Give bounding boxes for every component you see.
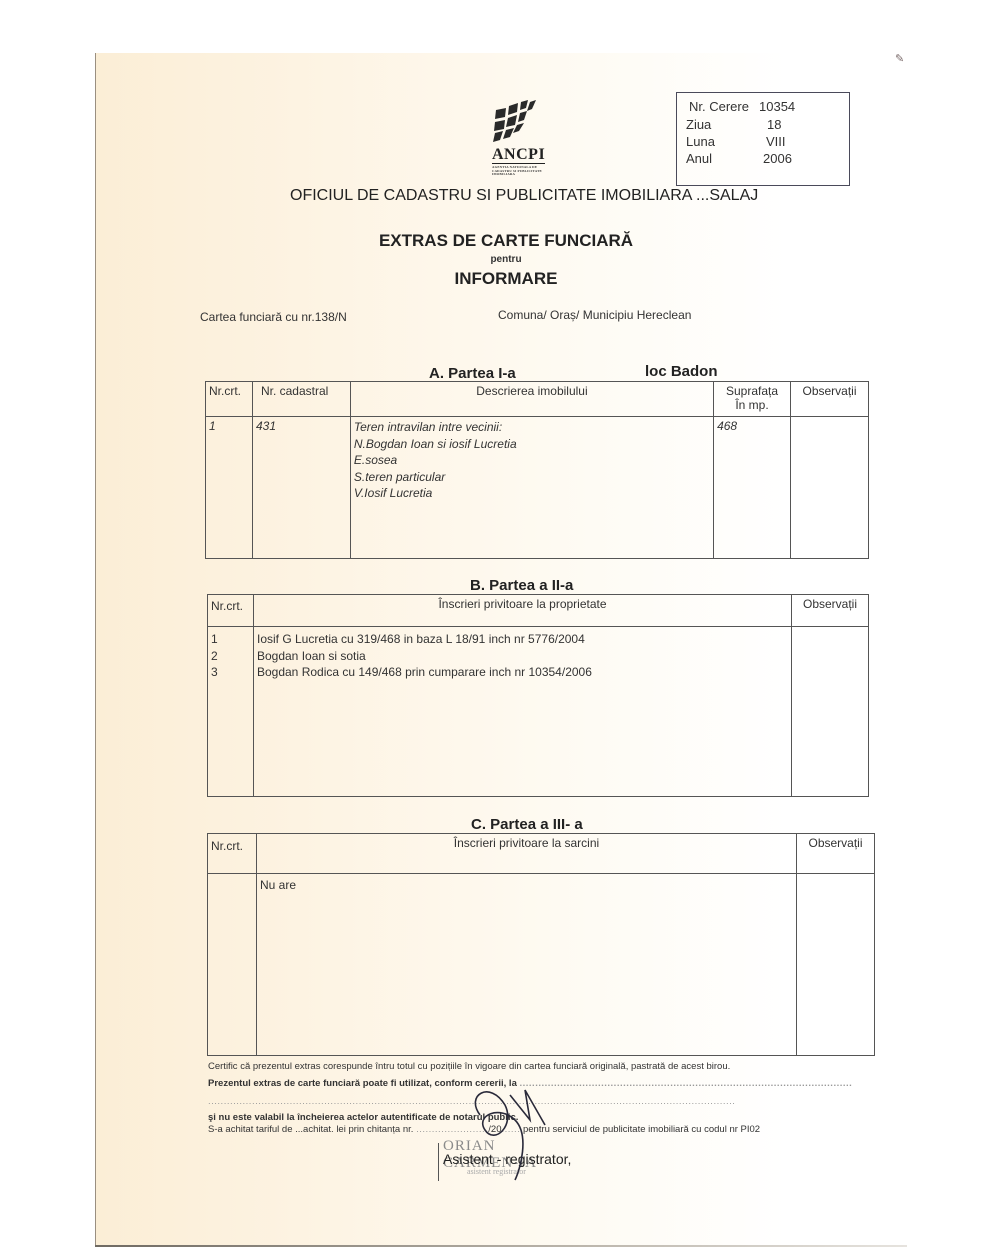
description-line: V.Iosif Lucretia	[354, 485, 710, 502]
description-line: Teren intravilan intre vecinii:	[354, 419, 710, 436]
col-nr-crt: Nr.crt.	[208, 595, 254, 627]
col-observatii: Observații	[792, 595, 869, 627]
cell-sarcini: Nu are	[256, 874, 796, 1056]
corner-mark: ✎	[895, 52, 904, 65]
part-c-table: Nr.crt. Înscrieri privitoare la sarcini …	[207, 833, 875, 1056]
col-suprafata-line2: În mp.	[717, 398, 787, 412]
cell-suprafata: 468	[714, 417, 791, 559]
part-b-table: Nr.crt. Înscrieri privitoare la propriet…	[207, 594, 869, 797]
part-a-location: loc Badon	[645, 363, 718, 380]
part-b-title: B. Partea a II-a	[470, 577, 573, 594]
document-purpose: INFORMARE	[100, 269, 912, 289]
col-nr-crt: Nr.crt.	[206, 382, 253, 417]
ownership-entry: Bogdan Ioan si sotia	[257, 648, 788, 665]
cell-nr-cadastral: 431	[252, 417, 350, 559]
part-a-table: Nr.crt. Nr. cadastral Descrierea imobilu…	[205, 381, 869, 559]
col-descriere: Descrierea imobilului	[350, 382, 713, 417]
col-nr-cadastral: Nr. cadastral	[252, 382, 350, 417]
table-row: 1 2 3 Iosif G Lucretia cu 319/468 in baz…	[208, 627, 869, 797]
description-line: N.Bogdan Ioan si iosif Lucretia	[354, 436, 710, 453]
request-box: Nr. Cerere 10354 Ziua 18 Luna VIII Anul …	[676, 92, 850, 186]
cell-nr-crt	[208, 874, 257, 1056]
ancpi-logo: ANCPI AGENTIA NATIONALA DE CADASTRU SI P…	[486, 100, 566, 178]
document-subtitle: pentru	[100, 254, 912, 265]
nr-cerere-label: Nr. Cerere	[689, 99, 749, 114]
tariff-prefix: S-a achitat tariful de ...achitat. lei p…	[208, 1124, 413, 1135]
usage-fill-line: ........................................…	[520, 1078, 853, 1089]
cell-observatii	[792, 627, 869, 797]
page-edge	[95, 1245, 907, 1247]
table-row: 1 431 Teren intravilan intre vecinii: N.…	[206, 417, 869, 559]
ziua-value: 18	[767, 117, 781, 132]
nr-cerere-value: 10354	[759, 99, 795, 114]
table-header-row: Nr.crt. Nr. cadastral Descrierea imobilu…	[206, 382, 869, 417]
ziua-label: Ziua	[686, 117, 711, 132]
cell-inscrieri-list: Iosif G Lucretia cu 319/468 in baza L 18…	[253, 627, 791, 797]
cell-observatii	[791, 417, 869, 559]
ancpi-logo-icon	[492, 100, 538, 150]
table-row: Nu are	[208, 874, 875, 1056]
row-number: 2	[211, 648, 250, 665]
col-inscrieri-proprietate: Înscrieri privitoare la proprietate	[253, 595, 791, 627]
cell-descriere: Teren intravilan intre vecinii: N.Bogdan…	[350, 417, 713, 559]
col-observatii: Observații	[791, 382, 869, 417]
anul-label: Anul	[686, 151, 712, 166]
carte-funciara-number: Cartea funciară cu nr.138/N	[200, 310, 347, 324]
part-a-title: A. Partea I-a	[429, 365, 516, 382]
signature-icon	[460, 1075, 560, 1185]
table-header-row: Nr.crt. Înscrieri privitoare la propriet…	[208, 595, 869, 627]
logo-name: ANCPI	[492, 147, 545, 164]
part-c-title: C. Partea a III- a	[471, 816, 583, 833]
col-observatii: Observații	[797, 834, 875, 874]
anul-value: 2006	[763, 151, 792, 166]
row-number: 3	[211, 664, 250, 681]
cell-nr-list: 1 2 3	[208, 627, 254, 797]
luna-value: VIII	[766, 134, 786, 149]
logo-subtitle: AGENTIA NATIONALA DE CADASTRU SI PUBLICI…	[492, 166, 552, 177]
ownership-entry: Bogdan Rodica cu 149/468 prin cumparare …	[257, 664, 788, 681]
cell-observatii	[797, 874, 875, 1056]
col-suprafata: Suprafața În mp.	[714, 382, 791, 417]
commune: Comuna/ Oraș/ Municipiu Hereclean	[498, 308, 691, 322]
col-nr-crt: Nr.crt.	[208, 834, 257, 874]
col-suprafata-line1: Suprafața	[717, 384, 787, 398]
certification-text: Certific că prezentul extras corespunde …	[208, 1061, 730, 1072]
ownership-entry: Iosif G Lucretia cu 319/468 in baza L 18…	[257, 631, 788, 648]
table-header-row: Nr.crt. Înscrieri privitoare la sarcini …	[208, 834, 875, 874]
document-title: EXTRAS DE CARTE FUNCIARĂ	[100, 231, 912, 251]
cell-nr-crt: 1	[206, 417, 253, 559]
office-name: OFICIUL DE CADASTRU SI PUBLICITATE IMOBI…	[290, 187, 758, 205]
luna-label: Luna	[686, 134, 715, 149]
description-line: E.sosea	[354, 452, 710, 469]
description-line: S.teren particular	[354, 469, 710, 486]
col-inscrieri-sarcini: Înscrieri privitoare la sarcini	[256, 834, 796, 874]
row-number: 1	[211, 631, 250, 648]
